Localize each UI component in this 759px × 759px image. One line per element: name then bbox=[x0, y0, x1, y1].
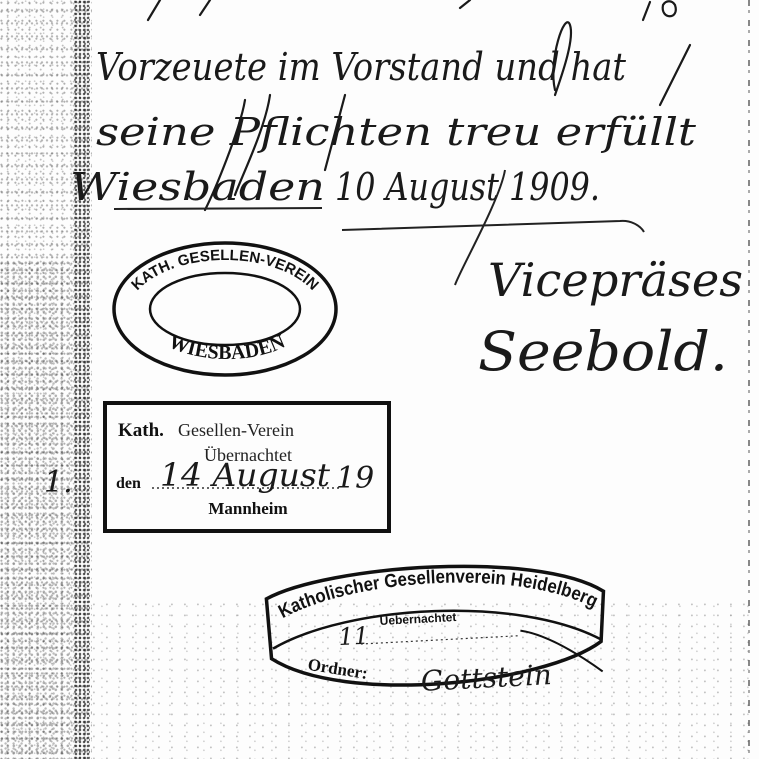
handwriting-line1: Vorzeuete im Vorstand und hat bbox=[96, 45, 627, 89]
stamp-mannheim-handwritten-date: 14 August bbox=[160, 456, 330, 494]
stamp-mannheim: Kath. Gesellen-Verein Übernachtet den 14… bbox=[105, 403, 389, 531]
stamp-wiesbaden: KATH. GESELLEN-VEREIN WIESBADEN bbox=[114, 243, 336, 375]
document-page: … … … 9 Vorzeuete im Vorstand und hat se… bbox=[0, 0, 759, 759]
stamp-mannheim-line1-bold: Kath. bbox=[118, 420, 164, 441]
stamp-heidelberg: Katholischer Gesellenverein Heidelberg U… bbox=[265, 558, 608, 706]
handwriting-line0 bbox=[148, 0, 676, 20]
signature-name: Seebold. bbox=[478, 320, 728, 383]
stamp-heidelberg-dotted-line bbox=[361, 636, 521, 644]
stamp-heidelberg-middle-handwritten: 11 bbox=[338, 622, 370, 652]
stamp-heidelberg-bottom-handwritten: Gottstein bbox=[420, 658, 552, 698]
ink-layer: … … … 9 Vorzeuete im Vorstand und hat se… bbox=[0, 0, 759, 759]
handwriting-date: 10 August 1909. bbox=[335, 165, 600, 209]
margin-number: 1. bbox=[44, 465, 73, 500]
stamp-mannheim-year: 19 bbox=[336, 461, 374, 496]
stamp-mannheim-line3-prefix: den bbox=[116, 475, 141, 492]
handwriting-place: Wiesbaden bbox=[70, 165, 325, 209]
stamp-wiesbaden-top-text: KATH. GESELLEN-VEREIN bbox=[128, 247, 322, 294]
signature-title: Vicepräses bbox=[488, 253, 743, 307]
stamp-heidelberg-middle-label: Uebernachtet bbox=[379, 610, 456, 628]
stamp-mannheim-line4: Mannheim bbox=[208, 499, 287, 518]
handwriting-line2: seine Pflichten treu erfüllt bbox=[96, 110, 697, 154]
stamp-wiesbaden-bottom-text: WIESBADEN bbox=[166, 330, 289, 364]
stamp-mannheim-line1: Gesellen-Verein bbox=[178, 420, 294, 440]
